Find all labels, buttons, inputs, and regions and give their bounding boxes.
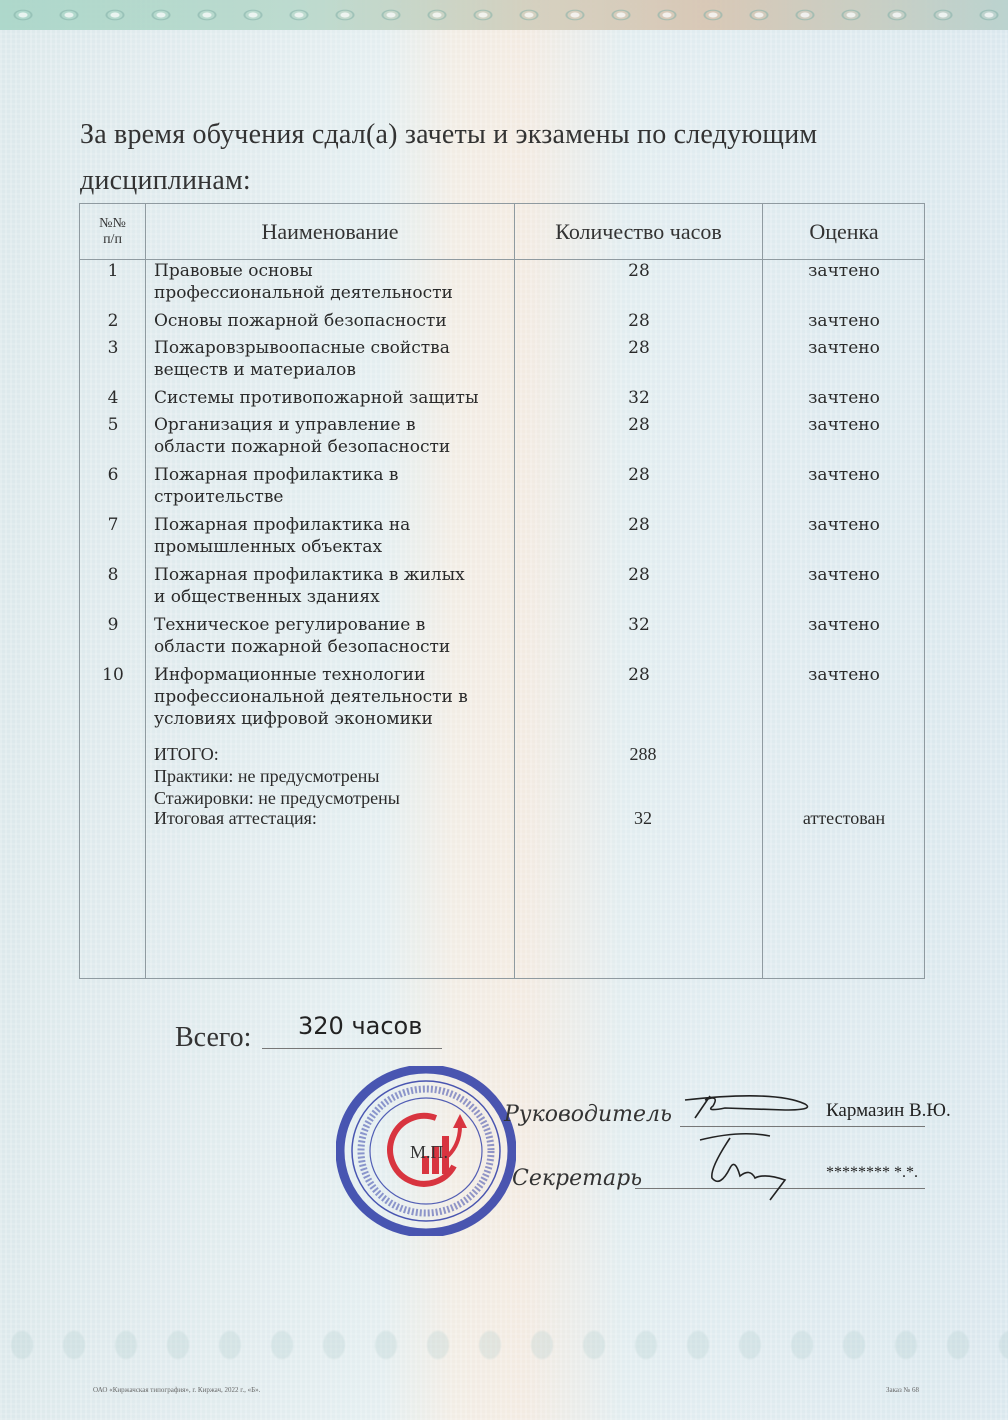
discipline-name-line: Правовые основы [154,260,514,282]
row-discipline-name: Организация и управление вобласти пожарн… [154,414,514,458]
discipline-name-line: Информационные технологии [154,664,514,686]
row-discipline-name: Пожарная профилактика в жилыхи обществен… [154,564,514,608]
row-number: 5 [80,414,146,436]
row-discipline-name: Пожарная профилактика встроительстве [154,464,514,508]
summary-final-hours: 32 [516,808,770,829]
decorative-bottom-pattern [0,1300,1008,1390]
director-signature-icon [665,1088,825,1128]
discipline-name-line: области пожарной безопасности [154,436,514,458]
header-number: №№ п/п [80,204,145,259]
row-number: 8 [80,564,146,586]
summary-final-grade: аттестован [763,808,925,829]
row-number: 9 [80,614,146,636]
row-number: 10 [80,664,146,686]
row-discipline-name: Правовые основыпрофессиональной деятельн… [154,260,514,304]
row-grade: зачтено [763,514,925,536]
row-grade: зачтено [763,414,925,436]
row-hours: 28 [516,414,762,436]
row-grade: зачтено [763,260,925,282]
heading-line-1: За время обучения сдал(а) зачеты и экзам… [80,112,940,158]
stamp-place-mark: М.П. [410,1142,448,1163]
discipline-name-line: области пожарной безопасности [154,636,514,658]
row-discipline-name: Информационные технологиипрофессионально… [154,664,514,730]
row-hours: 28 [516,464,762,486]
discipline-name-line: Системы противопожарной защиты [154,387,514,409]
summary-internship: Стажировки: не предусмотрены [154,788,400,809]
summary-practice: Практики: не предусмотрены [154,766,379,787]
discipline-name-line: Пожарная профилактика в жилых [154,564,514,586]
column-divider [514,204,515,978]
row-grade: зачтено [763,664,925,686]
row-number: 6 [80,464,146,486]
header-number-line-1: №№ [99,216,126,232]
director-title: Руководитель [504,1102,672,1127]
secretary-name: ******** *.*. [826,1164,918,1182]
header-name: Наименование [146,204,514,259]
summary-total-label: ИТОГО: [154,744,219,765]
row-hours: 32 [516,387,762,409]
discipline-name-line: Пожаровзрывоопасные свойства [154,337,514,359]
row-discipline-name: Пожарная профилактика напромышленных объ… [154,514,514,558]
row-hours: 28 [516,564,762,586]
row-hours: 28 [516,260,762,282]
header-number-line-2: п/п [103,232,122,248]
row-grade: зачтено [763,564,925,586]
discipline-name-line: промышленных объектах [154,536,514,558]
discipline-name-line: профессиональной деятельности в [154,686,514,708]
row-discipline-name: Системы противопожарной защиты [154,387,514,409]
heading-line-2: дисциплинам: [80,158,940,204]
row-discipline-name: Основы пожарной безопасности [154,310,514,332]
discipline-name-line: и общественных зданиях [154,586,514,608]
row-hours: 28 [516,514,762,536]
row-discipline-name: Пожаровзрывоопасные свойствавеществ и ма… [154,337,514,381]
header-hours: Количество часов [515,204,762,259]
printer-imprint: ОАО «Киржачская типография», г. Киржач, … [93,1386,260,1394]
row-grade: зачтено [763,387,925,409]
row-number: 1 [80,260,146,282]
decorative-top-border [0,0,1008,30]
row-hours: 28 [516,310,762,332]
row-hours: 32 [516,614,762,636]
total-underline [262,1048,442,1049]
row-discipline-name: Техническое регулирование вобласти пожар… [154,614,514,658]
discipline-name-line: Пожарная профилактика на [154,514,514,536]
row-number: 2 [80,310,146,332]
row-number: 7 [80,514,146,536]
row-number: 4 [80,387,146,409]
disciplines-table: №№ п/п Наименование Количество часов Оце… [79,203,925,979]
discipline-name-line: профессиональной деятельности [154,282,514,304]
row-grade: зачтено [763,310,925,332]
row-number: 3 [80,337,146,359]
summary-total-hours: 288 [516,744,770,765]
total-value: 320 часов [298,1012,422,1040]
discipline-name-line: условиях цифровой экономики [154,708,514,730]
row-grade: зачтено [763,614,925,636]
discipline-name-line: Организация и управление в [154,414,514,436]
row-hours: 28 [516,664,762,686]
row-grade: зачтено [763,337,925,359]
discipline-name-line: строительстве [154,486,514,508]
summary-final-label: Итоговая аттестация: [154,808,317,829]
row-hours: 28 [516,337,762,359]
order-number: Заказ № 68 [886,1386,919,1394]
page-heading: За время обучения сдал(а) зачеты и экзам… [80,112,940,204]
discipline-name-line: Пожарная профилактика в [154,464,514,486]
header-grade: Оценка [763,204,925,259]
row-grade: зачтено [763,464,925,486]
secretary-title: Секретарь [512,1166,642,1191]
director-name: Кармазин В.Ю. [826,1100,951,1122]
total-label: Всего: [175,1022,251,1054]
discipline-name-line: веществ и материалов [154,359,514,381]
secretary-signature-icon [690,1128,800,1203]
discipline-name-line: Техническое регулирование в [154,614,514,636]
discipline-name-line: Основы пожарной безопасности [154,310,514,332]
